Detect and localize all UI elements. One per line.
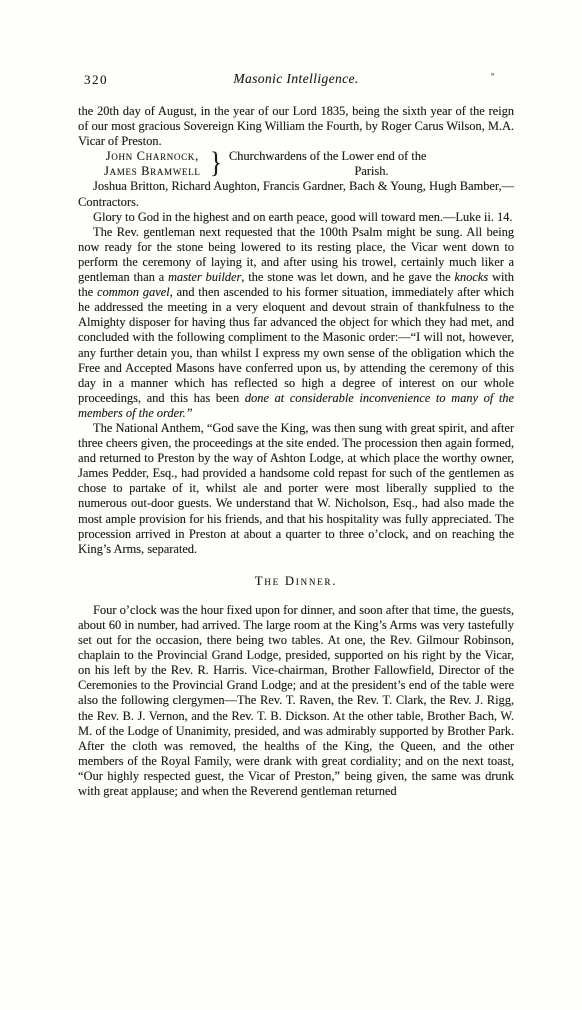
italic-text: knocks xyxy=(454,270,488,284)
section-heading: The Dinner. xyxy=(78,574,514,589)
churchwarden-office: Churchwardens of the Lower end of thePar… xyxy=(229,149,514,179)
churchwardens-block: John Charnock,James Bramwell}Churchwarde… xyxy=(104,149,514,179)
paragraph: Glory to God in the highest and on earth… xyxy=(78,210,514,225)
page-header: 320 Masonic Intelligence. ⁿ xyxy=(78,71,514,89)
scanned-book-page: 320 Masonic Intelligence. ⁿ the 20th day… xyxy=(0,0,582,1010)
italic-text: common gavel xyxy=(97,285,170,299)
body-text: Glory to God in the highest and on earth… xyxy=(93,210,512,224)
paragraph: the 20th day of August, in the year of o… xyxy=(78,104,514,149)
body-text: Joshua Britton, Richard Aughton, Francis… xyxy=(78,179,514,208)
office-line: Churchwardens of the Lower end of the xyxy=(229,149,514,164)
body-text: , the stone was let down, and he gave th… xyxy=(241,270,454,284)
churchwarden-name: John Charnock, xyxy=(104,149,200,164)
printers-mark: ⁿ xyxy=(491,70,494,80)
page-body: the 20th day of August, in the year of o… xyxy=(78,104,514,799)
office-line: Parish. xyxy=(229,164,514,179)
body-text: The National Anthem, “God save the King,… xyxy=(78,421,514,556)
churchwarden-name: James Bramwell xyxy=(104,164,200,179)
churchwarden-names: John Charnock,James Bramwell xyxy=(104,149,200,179)
paragraph: The National Anthem, “God save the King,… xyxy=(78,421,514,557)
brace-glyph: } xyxy=(203,149,227,179)
running-title: Masonic Intelligence. xyxy=(78,71,514,87)
body-text: Four o’clock was the hour fixed upon for… xyxy=(78,603,514,798)
body-text: the 20th day of August, in the year of o… xyxy=(78,104,514,148)
paragraph: Joshua Britton, Richard Aughton, Francis… xyxy=(78,179,514,209)
body-text: , and then ascended to his former situat… xyxy=(78,285,514,405)
paragraph: The Rev. gentleman next requested that t… xyxy=(78,225,514,421)
paragraph: Four o’clock was the hour fixed upon for… xyxy=(78,603,514,799)
italic-text: master builder xyxy=(168,270,241,284)
